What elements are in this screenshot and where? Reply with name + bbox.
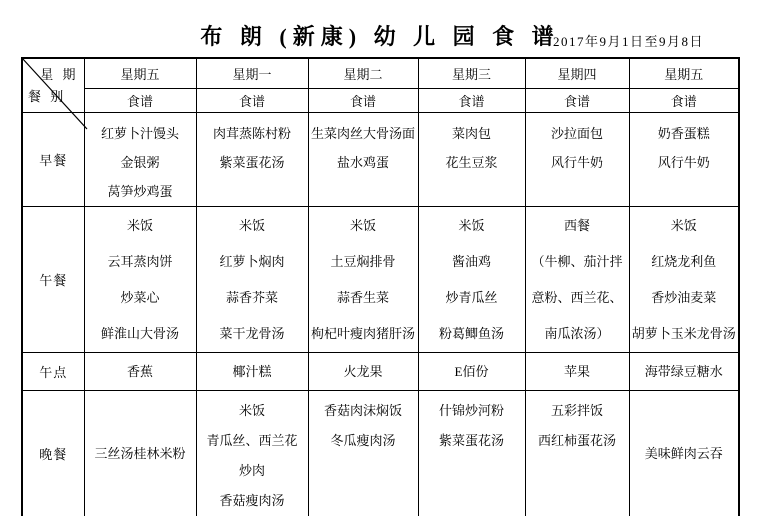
dish-name: 香炒油麦菜	[651, 280, 716, 316]
dish-name: 沙拉面包	[551, 119, 603, 148]
submenu-header: 食谱	[629, 89, 739, 113]
menu-cell: 五彩拌饭西红柿蛋花汤	[525, 391, 629, 516]
meal-row: 晚餐三丝汤桂林米粉米饭青瓜丝、西兰花炒肉香菇瘦肉汤香菇肉沫焖饭冬瓜瘦肉汤什锦炒河…	[22, 391, 739, 516]
menu-cell: 米饭红萝卜焖肉蒜香芥菜菜干龙骨汤	[196, 207, 308, 353]
menu-cell: 米饭土豆焖排骨蒜香生菜枸杞叶瘦肉猪肝汤	[308, 207, 418, 353]
menu-cell: 火龙果	[308, 353, 418, 391]
menu-cell: 生菜肉丝大骨汤面盐水鸡蛋	[308, 113, 418, 207]
dish-name: E佰份	[455, 363, 489, 381]
dish-name: 五彩拌饭	[551, 396, 603, 426]
menu-table-grid: 星 期 餐 别 星期五 星期一 星期二 星期三 星期四 星期五 食谱 食谱 食谱…	[21, 57, 740, 516]
menu-cell: 三丝汤桂林米粉	[84, 391, 196, 516]
dish-name: 土豆焖排骨	[330, 244, 395, 280]
dish-name: 香菇肉沫焖饭	[324, 396, 402, 426]
menu-cell: 苹果	[525, 353, 629, 391]
menu-cell: 菜肉包花生豆浆	[418, 113, 525, 207]
dish-name: 金银粥	[120, 148, 159, 177]
menu-cell: 香蕉	[84, 353, 196, 391]
menu-cell: 米饭青瓜丝、西兰花炒肉香菇瘦肉汤	[196, 391, 308, 516]
dish-name: 西餐	[564, 208, 590, 244]
dish-name: 炒青瓜丝	[445, 280, 497, 316]
menu-cell: 红萝卜汁馒头金银粥莴笋炒鸡蛋	[84, 113, 196, 207]
dish-name: 菜干龙骨汤	[219, 316, 284, 352]
dish-name: 蒜香芥菜	[226, 280, 278, 316]
dish-name: 米饭	[239, 208, 265, 244]
dish-name: 南瓜浓汤）	[544, 316, 609, 352]
dish-name: 火龙果	[343, 363, 382, 381]
menu-cell: 米饭云耳蒸肉饼炒菜心鲜淮山大骨汤	[84, 207, 196, 353]
dish-name: 肉茸蒸陈村粉	[213, 119, 291, 148]
menu-body: 早餐红萝卜汁馒头金银粥莴笋炒鸡蛋肉茸蒸陈村粉紫菜蛋花汤生菜肉丝大骨汤面盐水鸡蛋菜…	[22, 113, 739, 516]
dish-name: 意粉、西兰花、	[531, 280, 622, 316]
day-header: 星期三	[418, 58, 525, 89]
menu-cell: 米饭红烧龙利鱼香炒油麦菜胡萝卜玉米龙骨汤	[629, 207, 739, 353]
submenu-header-row: 食谱 食谱 食谱 食谱 食谱 食谱	[22, 89, 739, 113]
day-header: 星期四	[525, 58, 629, 89]
dish-name: 蒜香生菜	[337, 280, 389, 316]
dish-name: 椰汁糕	[232, 363, 271, 381]
menu-cell: 海带绿豆糖水	[629, 353, 739, 391]
dish-name: 酱油鸡	[452, 244, 491, 280]
date-range: 2017年9月1日至9月8日	[553, 31, 704, 50]
dish-name: 风行牛奶	[551, 148, 603, 177]
dish-name: 什锦炒河粉	[439, 396, 504, 426]
dish-name: 红烧龙利鱼	[651, 244, 716, 280]
dish-name: 粉葛鲫鱼汤	[439, 316, 504, 352]
dish-name: 海带绿豆糖水	[645, 363, 723, 381]
menu-cell: 西餐（牛柳、茄汁拌意粉、西兰花、南瓜浓汤）	[525, 207, 629, 353]
dish-name: 三丝汤桂林米粉	[94, 439, 185, 469]
dish-name: 米饭	[127, 208, 153, 244]
dish-name: 炒肉	[239, 456, 265, 486]
dish-name: 美味鲜肉云吞	[645, 439, 723, 469]
dish-name: 紫菜蛋花汤	[219, 148, 284, 177]
corner-cell: 星 期 餐 别	[22, 58, 84, 113]
dish-name: 香菇瘦肉汤	[219, 486, 284, 516]
dish-name: 冬瓜瘦肉汤	[330, 426, 395, 456]
dish-name: 生菜肉丝大骨汤面	[311, 119, 415, 148]
dish-name: 米饭	[671, 208, 697, 244]
dish-name: （牛柳、茄汁拌	[531, 244, 622, 280]
dish-name: 紫菜蛋花汤	[439, 426, 504, 456]
dish-name: 鲜淮山大骨汤	[101, 316, 179, 352]
menu-table: 星 期 餐 别 星期五 星期一 星期二 星期三 星期四 星期五 食谱 食谱 食谱…	[21, 57, 738, 516]
dish-name: 花生豆浆	[445, 148, 497, 177]
meal-row-label: 午点	[22, 353, 84, 391]
menu-cell: 香菇肉沫焖饭冬瓜瘦肉汤	[308, 391, 418, 516]
dish-name: 青瓜丝、西兰花	[206, 426, 297, 456]
menu-cell: 美味鲜肉云吞	[629, 391, 739, 516]
meal-row-label: 早餐	[22, 113, 84, 207]
dish-name: 风行牛奶	[658, 148, 710, 177]
menu-cell: 什锦炒河粉紫菜蛋花汤	[418, 391, 525, 516]
dish-name: 米饭	[458, 208, 484, 244]
day-header: 星期一	[196, 58, 308, 89]
dish-name: 香蕉	[127, 363, 153, 381]
dish-name: 莴笋炒鸡蛋	[107, 177, 172, 206]
menu-cell: 米饭酱油鸡炒青瓜丝粉葛鲫鱼汤	[418, 207, 525, 353]
day-header: 星期五	[84, 58, 196, 89]
day-header: 星期五	[629, 58, 739, 89]
submenu-header: 食谱	[418, 89, 525, 113]
dish-name: 奶香蛋糕	[658, 119, 710, 148]
submenu-header: 食谱	[525, 89, 629, 113]
dish-name: 苹果	[564, 363, 590, 381]
dish-name: 盐水鸡蛋	[337, 148, 389, 177]
menu-cell: 沙拉面包风行牛奶	[525, 113, 629, 207]
dish-name: 胡萝卜玉米龙骨汤	[632, 316, 736, 352]
day-header: 星期二	[308, 58, 418, 89]
meal-row: 午餐米饭云耳蒸肉饼炒菜心鲜淮山大骨汤米饭红萝卜焖肉蒜香芥菜菜干龙骨汤米饭土豆焖排…	[22, 207, 739, 353]
submenu-header: 食谱	[84, 89, 196, 113]
dish-name: 米饭	[350, 208, 376, 244]
meal-row-label: 晚餐	[22, 391, 84, 516]
dish-name: 红萝卜汁馒头	[101, 119, 179, 148]
menu-cell: 肉茸蒸陈村粉紫菜蛋花汤	[196, 113, 308, 207]
submenu-header: 食谱	[196, 89, 308, 113]
menu-cell: 椰汁糕	[196, 353, 308, 391]
day-header-row: 星 期 餐 别 星期五 星期一 星期二 星期三 星期四 星期五	[22, 58, 739, 89]
menu-cell: E佰份	[418, 353, 525, 391]
dish-name: 菜肉包	[452, 119, 491, 148]
menu-cell: 奶香蛋糕风行牛奶	[629, 113, 739, 207]
meal-row: 早餐红萝卜汁馒头金银粥莴笋炒鸡蛋肉茸蒸陈村粉紫菜蛋花汤生菜肉丝大骨汤面盐水鸡蛋菜…	[22, 113, 739, 207]
dish-name: 西红柿蛋花汤	[538, 426, 616, 456]
dish-name: 米饭	[239, 396, 265, 426]
submenu-header: 食谱	[308, 89, 418, 113]
page-title: 布 朗 (新康) 幼 儿 园 食 谱	[200, 24, 559, 49]
corner-label-weekday: 星 期	[40, 64, 78, 83]
meal-row: 午点香蕉椰汁糕火龙果E佰份苹果海带绿豆糖水	[22, 353, 739, 391]
dish-name: 枸杞叶瘦肉猪肝汤	[311, 316, 415, 352]
dish-name: 红萝卜焖肉	[219, 244, 284, 280]
dish-name: 炒菜心	[120, 280, 159, 316]
dish-name: 云耳蒸肉饼	[107, 244, 172, 280]
document-header: 布 朗 (新康) 幼 儿 园 食 谱 2017年9月1日至9月8日	[0, 20, 760, 51]
corner-label-meal: 餐 别	[28, 86, 66, 105]
meal-row-label: 午餐	[22, 207, 84, 353]
